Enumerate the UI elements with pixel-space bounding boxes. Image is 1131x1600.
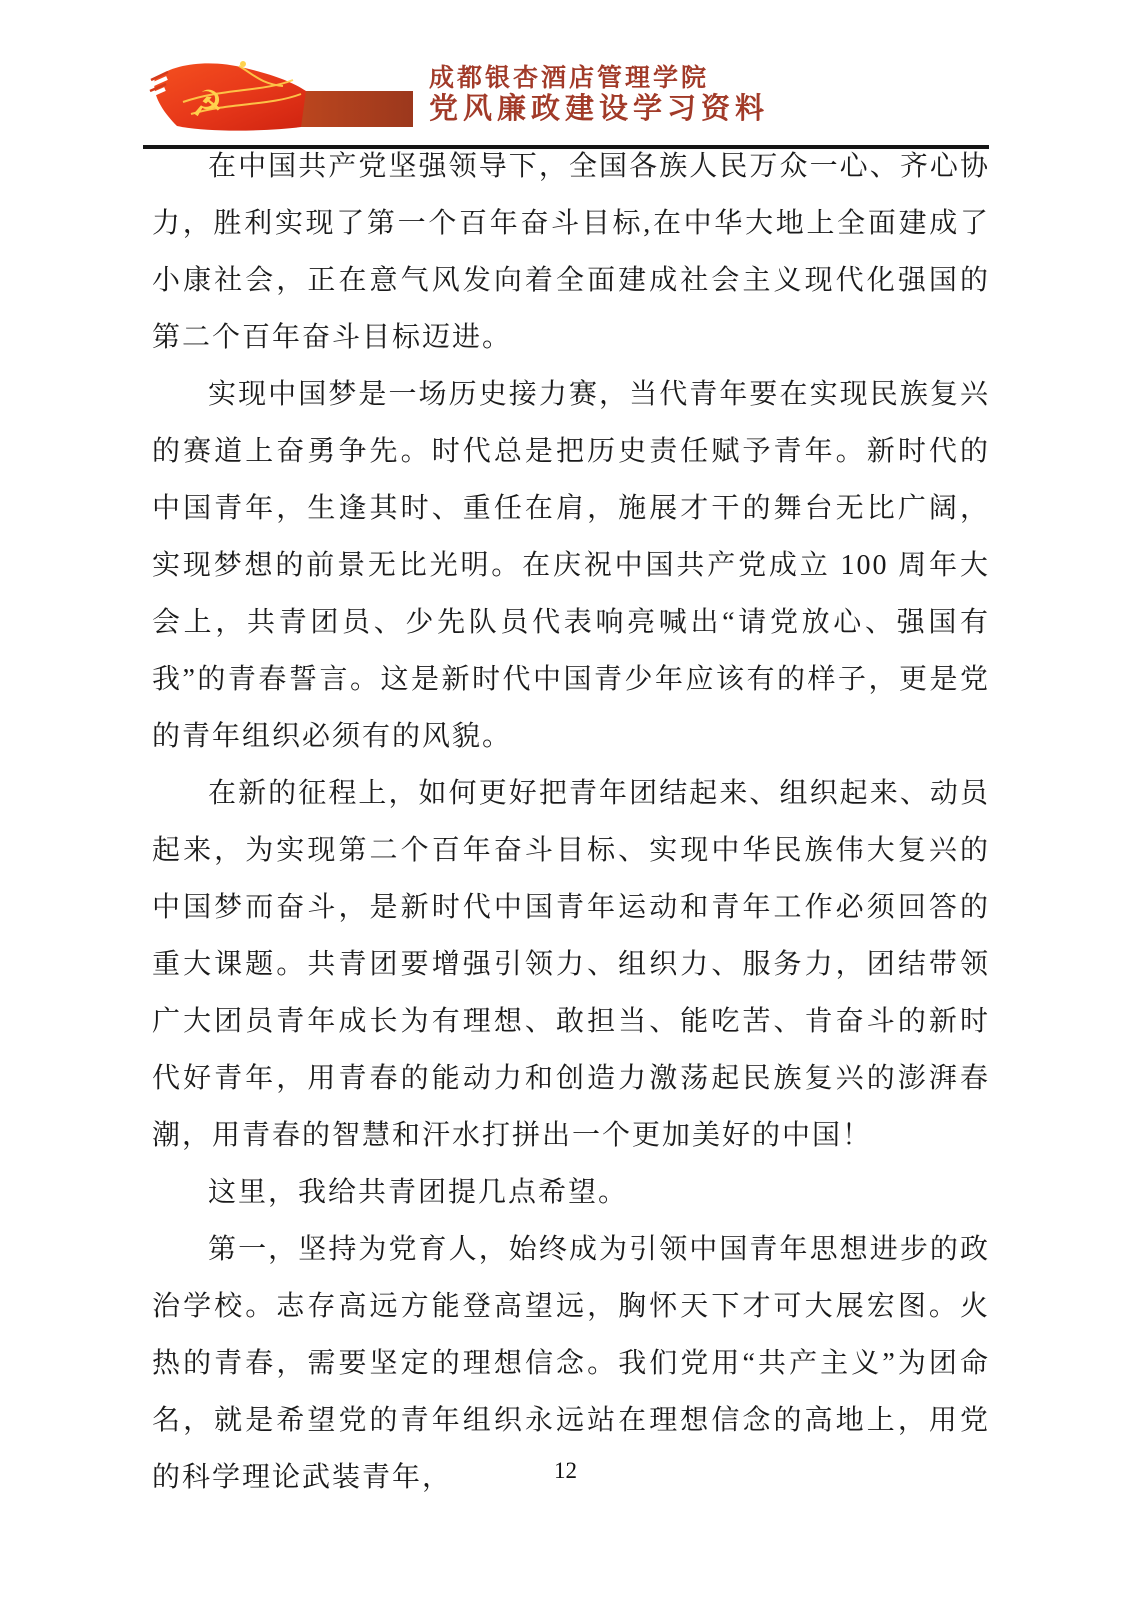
flag-spark — [240, 61, 246, 67]
page-number: 12 — [0, 1458, 1131, 1484]
document-body: 在中国共产党坚强领导下，全国各族人民万众一心、齐心协力，胜利实现了第一个百年奋斗… — [152, 138, 990, 1506]
doc-series-title: 党风廉政建设学习资料 — [429, 93, 769, 126]
paragraph: 这里，我给共青团提几点希望。 — [152, 1164, 990, 1221]
paragraph: 在中国共产党坚强领导下，全国各族人民万众一心、齐心协力，胜利实现了第一个百年奋斗… — [152, 138, 990, 366]
document-page: { "header": { "school_name": "成都银杏酒店管理学院… — [0, 0, 1131, 1600]
school-name: 成都银杏酒店管理学院 — [429, 64, 769, 93]
party-flag-icon: ☭ — [143, 58, 413, 134]
hammer-sickle-icon: ☭ — [191, 84, 223, 125]
page-header: ☭ 成都银杏酒店管理学院 党风廉政建设学习资料 — [143, 58, 989, 134]
party-flag-logo: ☭ — [143, 58, 413, 134]
flag-shape — [154, 63, 306, 130]
paragraph: 在新的征程上，如何更好把青年团结起来、组织起来、动员起来，为实现第二个百年奋斗目… — [152, 765, 990, 1164]
paragraph: 实现中国梦是一场历史接力赛，当代青年要在实现民族复兴的赛道上奋勇争先。时代总是把… — [152, 366, 990, 765]
header-titles: 成都银杏酒店管理学院 党风廉政建设学习资料 — [429, 58, 769, 126]
